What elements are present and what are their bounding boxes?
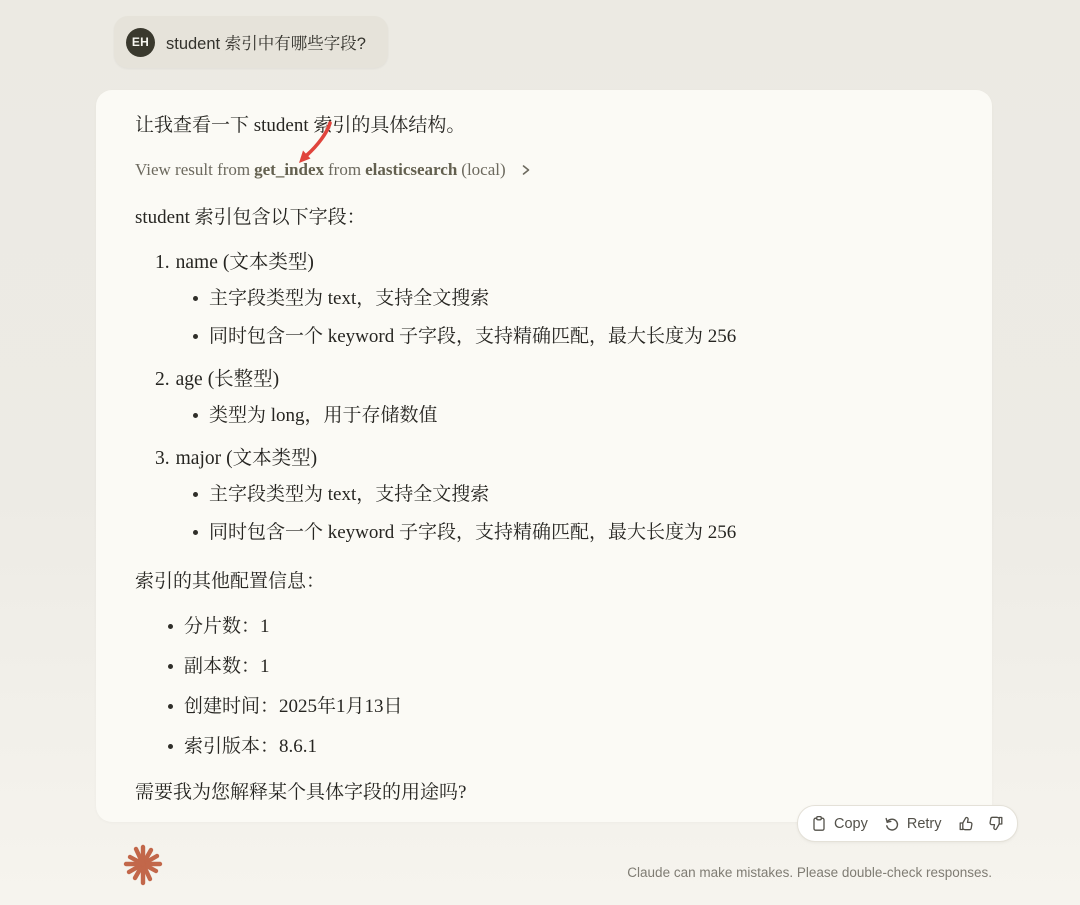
claude-chat-screen: EH student 索引中有哪些字段? 让我查看一下 student 索引的具… <box>0 0 1080 905</box>
bullet-dot <box>193 492 198 497</box>
config-item: 创建时间：2025年1月13日 <box>135 693 952 720</box>
field-group-name: 1.name(文本类型) 主字段类型为 text，支持全文搜索 同时包含一个 k… <box>135 249 952 350</box>
thumbs-down-icon <box>987 815 1004 832</box>
thumbs-down-button[interactable] <box>987 815 1004 832</box>
retry-icon <box>884 816 900 832</box>
copy-button[interactable]: Copy <box>811 815 868 832</box>
chevron-right-icon[interactable] <box>520 164 532 176</box>
tool-result-connector: from <box>328 160 361 180</box>
field-name: name <box>176 252 218 273</box>
tool-result-row[interactable]: View result from get_index from elastics… <box>135 160 532 180</box>
config-item: 副本数：1 <box>135 653 952 680</box>
field-group-major: 3.major(文本类型) 主字段类型为 text，支持全文搜索 同时包含一个 … <box>135 445 952 546</box>
tool-result-prefix: View result from <box>135 160 250 180</box>
field-type: (长整型) <box>208 369 280 390</box>
field-detail-text: 主字段类型为 text，支持全文搜索 <box>209 285 489 312</box>
bullet-dot <box>193 334 198 339</box>
field-number: 3. <box>155 448 170 469</box>
tool-name: get_index <box>254 160 324 180</box>
bullet-dot <box>168 624 173 629</box>
fields-intro-text: student 索引包含以下字段： <box>135 204 952 231</box>
config-intro-text: 索引的其他配置信息： <box>135 568 952 595</box>
clipboard-icon <box>811 815 827 832</box>
tool-result-scope: (local) <box>461 160 505 180</box>
disclaimer-text: Claude can make mistakes. Please double-… <box>627 865 992 880</box>
field-detail-text: 同时包含一个 keyword 子字段，支持精确匹配，最大长度为 256 <box>209 323 736 350</box>
user-message-bubble: EH student 索引中有哪些字段? <box>114 16 388 68</box>
assistant-intro-text: 让我查看一下 student 索引的具体结构。 <box>135 112 952 139</box>
field-name: age <box>176 369 203 390</box>
retry-button[interactable]: Retry <box>884 816 942 832</box>
field-header: 2.age(长整型) <box>135 366 952 393</box>
field-detail-text: 同时包含一个 keyword 子字段，支持精确匹配，最大长度为 256 <box>209 519 736 546</box>
bullet-dot <box>168 664 173 669</box>
field-name: major <box>176 448 221 469</box>
tool-server-name: elasticsearch <box>365 160 457 180</box>
field-detail-item: 主字段类型为 text，支持全文搜索 <box>135 481 952 508</box>
config-item-text: 分片数：1 <box>184 613 270 640</box>
claude-logo-icon <box>118 839 168 889</box>
thumbs-up-icon <box>958 815 975 832</box>
field-detail-item: 同时包含一个 keyword 子字段，支持精确匹配，最大长度为 256 <box>135 323 952 350</box>
field-group-age: 2.age(长整型) 类型为 long，用于存储数值 <box>135 366 952 429</box>
field-header: 3.major(文本类型) <box>135 445 952 472</box>
response-toolbar: Copy Retry <box>797 805 1018 842</box>
config-item-text: 创建时间：2025年1月13日 <box>184 693 403 720</box>
user-message-text: student 索引中有哪些字段? <box>166 30 366 54</box>
field-detail-item: 类型为 long，用于存储数值 <box>135 402 952 429</box>
user-avatar: EH <box>126 28 155 57</box>
field-header: 1.name(文本类型) <box>135 249 952 276</box>
field-detail-item: 同时包含一个 keyword 子字段，支持精确匹配，最大长度为 256 <box>135 519 952 546</box>
field-detail-item: 主字段类型为 text，支持全文搜索 <box>135 285 952 312</box>
bullet-dot <box>193 296 198 301</box>
assistant-response-content: 让我查看一下 student 索引的具体结构。 View result from… <box>96 90 992 806</box>
field-number: 2. <box>155 369 170 390</box>
config-item-text: 副本数：1 <box>184 653 270 680</box>
field-detail-text: 类型为 long，用于存储数值 <box>209 402 438 429</box>
copy-button-label: Copy <box>834 816 868 832</box>
field-detail-text: 主字段类型为 text，支持全文搜索 <box>209 481 489 508</box>
assistant-response-card: 让我查看一下 student 索引的具体结构。 View result from… <box>96 90 992 822</box>
field-number: 1. <box>155 252 170 273</box>
field-type: (文本类型) <box>226 448 317 469</box>
bullet-dot <box>168 744 173 749</box>
bullet-dot <box>168 704 173 709</box>
thumbs-up-button[interactable] <box>958 815 975 832</box>
bullet-dot <box>193 413 198 418</box>
config-item: 分片数：1 <box>135 613 952 640</box>
retry-button-label: Retry <box>907 816 942 832</box>
field-type: (文本类型) <box>223 252 314 273</box>
config-item: 索引版本：8.6.1 <box>135 733 952 760</box>
closing-question-text: 需要我为您解释某个具体字段的用途吗? <box>135 779 952 806</box>
config-item-text: 索引版本：8.6.1 <box>184 733 317 760</box>
bullet-dot <box>193 530 198 535</box>
